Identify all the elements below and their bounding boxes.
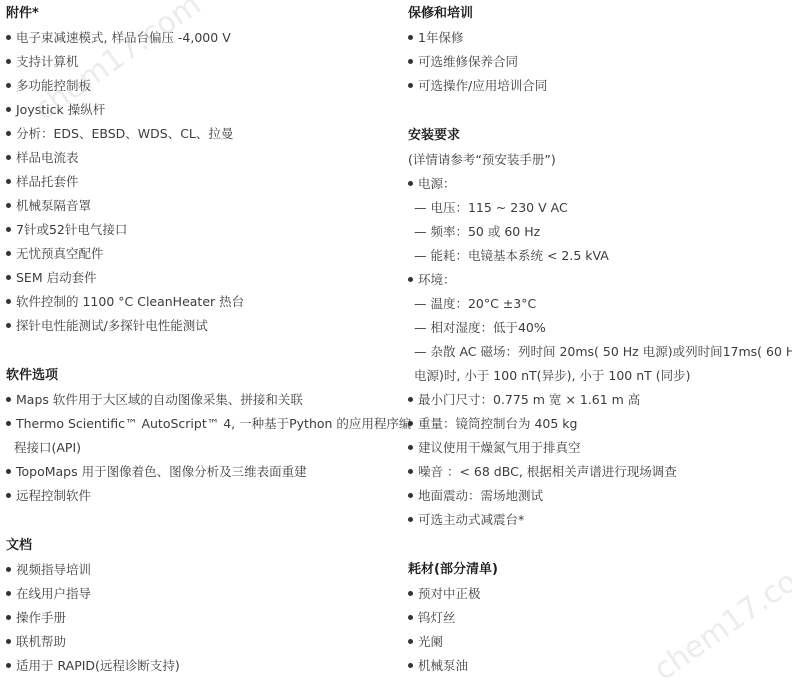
section-documentation: 文档 视频指导培训 在线用户指导 操作手册 联机帮助 适用于 RAPID(远程诊… [6,534,396,678]
list-item-environment: 环境： [408,268,792,292]
spacer [6,338,396,362]
list-item: 建议使用干燥氮气用于排真空 [408,436,792,460]
list-item: 支持计算机 [6,50,396,74]
sub-item-continuation: 电源)时, 小于 100 nT(异步), 小于 100 nT (同步) [408,364,792,388]
list-item: 远程控制软件 [6,484,396,508]
list-item: 在线用户指导 [6,582,396,606]
sub-item: — 温度：20°C ±3°C [408,292,792,316]
list-item: 噪音 ：< 68 dBC, 根据相关声谱进行现场调查 [408,460,792,484]
list-item: SEM 启动套件 [6,266,396,290]
section-installation: 安装要求 (详情请参考“预安装手册”) 电源： — 电压：115 ~ 230 V… [408,124,792,532]
section-software-options: 软件选项 Maps 软件用于大区域的自动图像采集、拼接和关联 Thermo Sc… [6,364,396,508]
list-item-power: 电源： [408,172,792,196]
list-item: 机械泵隔音罩 [6,194,396,218]
list-item: 地面震动：需场地测试 [408,484,792,508]
list-item: Thermo Scientific™ AutoScript™ 4, 一种基于Py… [6,412,396,436]
section-title: 耗材(部分清单) [408,558,792,582]
list-item: 分析：EDS、EBSD、WDS、CL、拉曼 [6,122,396,146]
list-item: Joystick 操纵杆 [6,98,396,122]
spacer [408,98,792,122]
spacer [408,532,792,556]
list-item: 电子束减速模式, 样品台偏压 -4,000 V [6,26,396,50]
list-item: 机械泵油 [408,654,792,678]
list-item: 样品托套件 [6,170,396,194]
list-item: 7针或52针电气接口 [6,218,396,242]
list-item: 可选维修保养合同 [408,50,792,74]
section-title: 保修和培训 [408,2,792,26]
sub-item: — 相对湿度：低于40% [408,316,792,340]
left-column: 附件* 电子束减速模式, 样品台偏压 -4,000 V 支持计算机 多功能控制板… [6,0,396,678]
list-item-continuation: 程接口(API) [6,436,396,460]
list-item: TopoMaps 用于图像着色、图像分析及三维表面重建 [6,460,396,484]
list-item: 钨灯丝 [408,606,792,630]
list-item: 探针电性能测试/多探针电性能测试 [6,314,396,338]
section-title: 软件选项 [6,364,396,388]
list-item: 光阑 [408,630,792,654]
right-column: 保修和培训 1年保修 可选维修保养合同 可选操作/应用培训合同 安装要求 (详情… [408,0,792,678]
section-consumables: 耗材(部分清单) 预对中正极 钨灯丝 光阑 机械泵油 [408,558,792,678]
list-item: 最小门尺寸：0.775 m 宽 × 1.61 m 高 [408,388,792,412]
list-item: 预对中正极 [408,582,792,606]
sub-item: — 杂散 AC 磁场：列时间 20ms( 50 Hz 电源)或列时间17ms( … [408,340,792,364]
list-item: 视频指导培训 [6,558,396,582]
list-item: 可选操作/应用培训合同 [408,74,792,98]
list-item: 操作手册 [6,606,396,630]
section-title: 文档 [6,534,396,558]
sub-item: — 电压：115 ~ 230 V AC [408,196,792,220]
list-item: 软件控制的 1100 °C CleanHeater 热台 [6,290,396,314]
section-title: 附件* [6,2,396,26]
list-item: 适用于 RAPID(远程诊断支持) [6,654,396,678]
section-warranty-training: 保修和培训 1年保修 可选维修保养合同 可选操作/应用培训合同 [408,2,792,98]
list-item: 样品电流表 [6,146,396,170]
list-item: 联机帮助 [6,630,396,654]
sub-item: — 频率：50 或 60 Hz [408,220,792,244]
list-item: Maps 软件用于大区域的自动图像采集、拼接和关联 [6,388,396,412]
list-item: 无忧预真空配件 [6,242,396,266]
list-item: 可选主动式减震台* [408,508,792,532]
list-item: 多功能控制板 [6,74,396,98]
section-accessories: 附件* 电子束减速模式, 样品台偏压 -4,000 V 支持计算机 多功能控制板… [6,2,396,338]
section-title: 安装要求 [408,124,792,148]
spacer [6,508,396,532]
installation-note: (详情请参考“预安装手册”) [408,148,792,172]
list-item: 重量：镜筒控制台为 405 kg [408,412,792,436]
list-item: 1年保修 [408,26,792,50]
sub-item: — 能耗：电镜基本系统 < 2.5 kVA [408,244,792,268]
